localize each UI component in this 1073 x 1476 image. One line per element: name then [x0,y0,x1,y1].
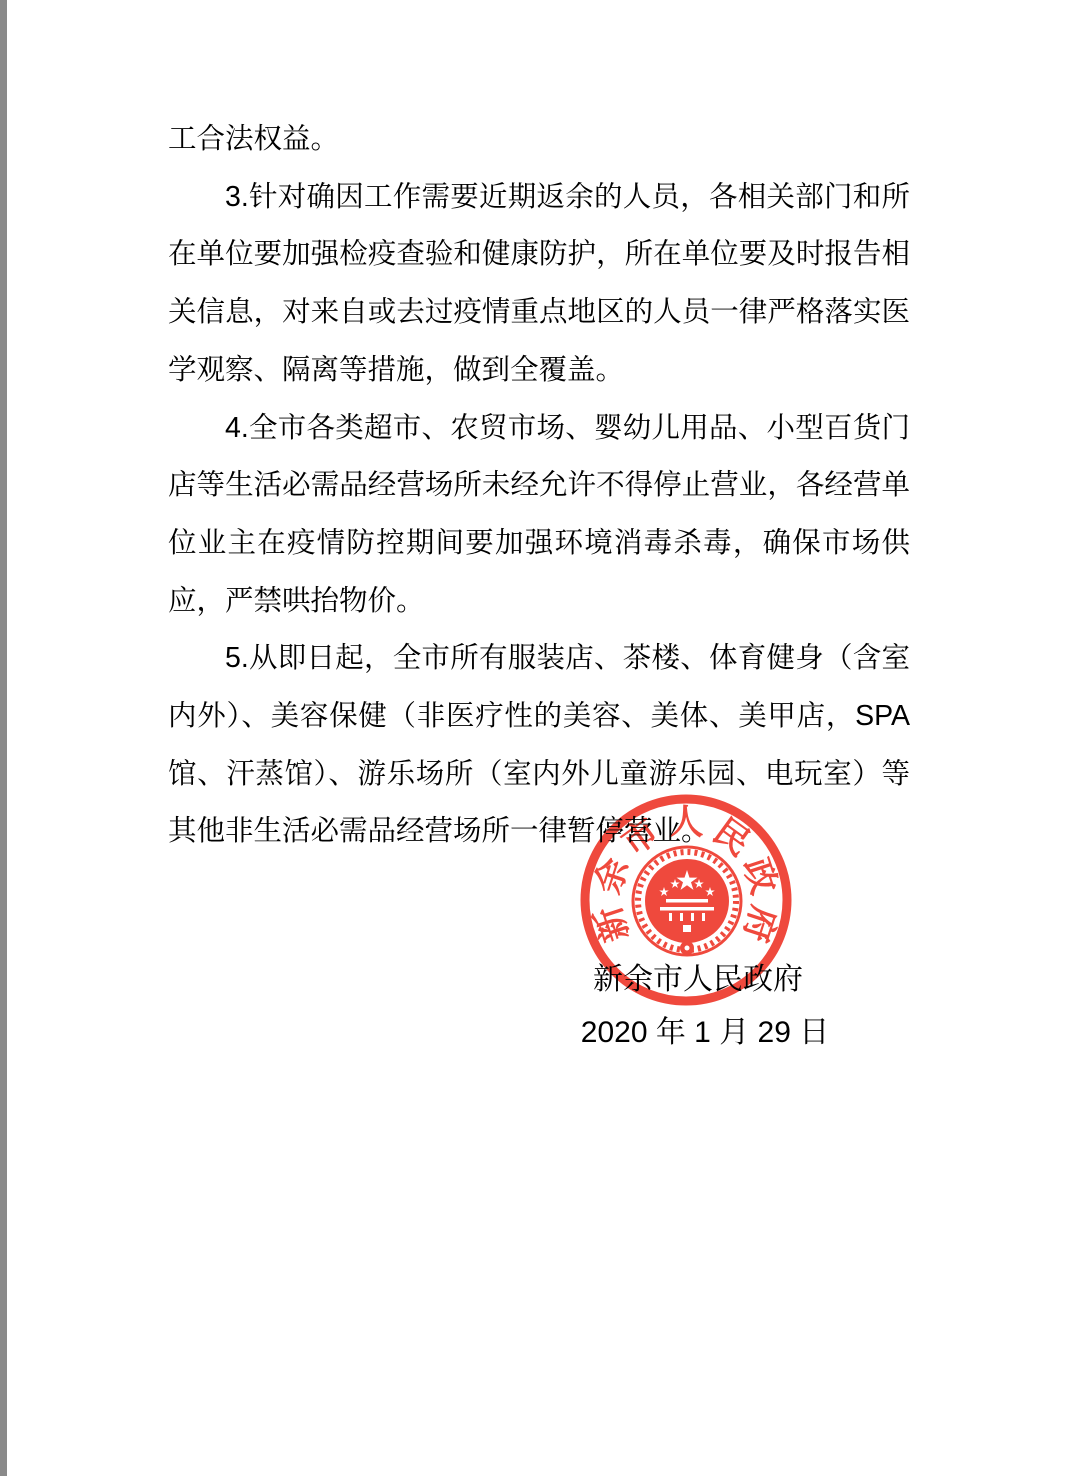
seal-char: 新 [588,901,636,946]
body-line: 4.全市各类超市、农贸市场、婴幼儿用品、小型百货门 [168,400,910,458]
signature-org: 新余市人民政府 [593,955,803,1005]
national-emblem-icon [633,847,741,955]
document-body: 工合法权益。 3.针对确因工作需要近期返余的人员，各相关部门和所 在单位要加强检… [168,111,910,861]
body-line: 内外）、美容保健（非医疗性的美容、美体、美甲店，SPA [168,688,910,746]
body-line: 关信息，对来自或去过疫情重点地区的人员一律严格落实医 [168,284,910,342]
body-line: 位业主在疫情防控期间要加强环境消毒杀毒，确保市场供 [168,515,910,573]
signature-date: 2020 年 1 月 29 日 [581,1008,829,1058]
body-line: 店等生活必需品经营场所未经允许不得停止营业，各经营单 [168,457,910,515]
body-line: 应，严禁哄抬物价。 [168,573,910,631]
body-line: 在单位要加强检疫查验和健康防护，所在单位要及时报告相 [168,226,910,284]
seal-char: 府 [736,901,784,946]
page-edge-strip [0,0,7,1476]
body-line: 其他非生活必需品经营场所一律暂停营业。 [168,803,910,861]
body-line: 5.从即日起，全市所有服装店、茶楼、体育健身（含室 [168,630,910,688]
body-line: 学观察、隔离等措施，做到全覆盖。 [168,342,910,400]
body-line: 3.针对确因工作需要近期返余的人员，各相关部门和所 [168,169,910,227]
body-line: 馆、汗蒸馆）、游乐场所（室内外儿童游乐园、电玩室）等 [168,746,910,804]
body-line: 工合法权益。 [168,111,910,169]
